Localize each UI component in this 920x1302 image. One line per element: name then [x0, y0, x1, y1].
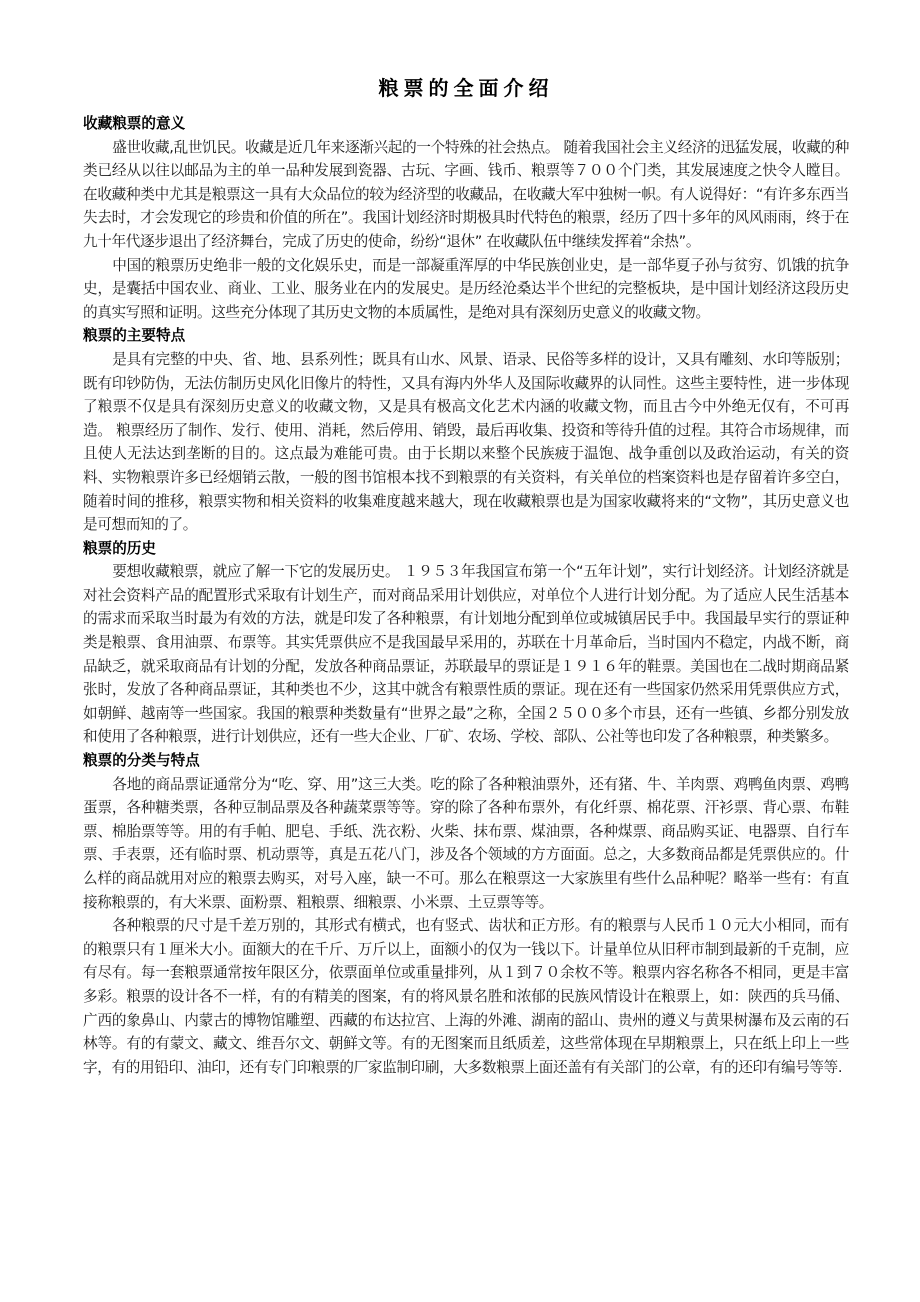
section-heading: 收藏粮票的意义: [83, 112, 849, 136]
paragraph: 各种粮票的尺寸是千差万别的，其形式有横式，也有竖式、齿状和正方形。有的粮票与人民…: [83, 914, 849, 1079]
document-page: 粮票的全面介绍 收藏粮票的意义 盛世收藏,乱世饥民。收藏是近几年来逐渐兴起的一个…: [83, 74, 849, 1079]
section-heading: 粮票的主要特点: [83, 324, 849, 348]
paragraph: 要想收藏粮票，就应了解一下它的发展历史。 １９５３年我国宣布第一个“五年计划”，…: [83, 560, 849, 749]
section-collecting-significance: 收藏粮票的意义 盛世收藏,乱世饥民。收藏是近几年来逐渐兴起的一个特殊的社会热点。…: [83, 112, 849, 324]
section-classification: 粮票的分类与特点 各地的商品票证通常分为“吃、穿、用”这三大类。吃的除了各种粮油…: [83, 749, 849, 1079]
section-history: 粮票的历史 要想收藏粮票，就应了解一下它的发展历史。 １９５３年我国宣布第一个“…: [83, 537, 849, 749]
paragraph: 各地的商品票证通常分为“吃、穿、用”这三大类。吃的除了各种粮油票外，还有猪、牛、…: [83, 773, 849, 915]
section-main-features: 粮票的主要特点 是具有完整的中央、省、地、县系列性；既具有山水、风景、语录、民俗…: [83, 324, 849, 536]
paragraph: 盛世收藏,乱世饥民。收藏是近几年来逐渐兴起的一个特殊的社会热点。 随着我国社会主…: [83, 136, 849, 254]
document-title: 粮票的全面介绍: [83, 74, 849, 102]
paragraph: 中国的粮票历史绝非一般的文化娱乐史，而是一部凝重浑厚的中华民族创业史，是一部华夏…: [83, 254, 849, 325]
section-heading: 粮票的分类与特点: [83, 749, 849, 773]
section-heading: 粮票的历史: [83, 537, 849, 561]
paragraph: 是具有完整的中央、省、地、县系列性；既具有山水、风景、语录、民俗等多样的设计，又…: [83, 348, 849, 537]
